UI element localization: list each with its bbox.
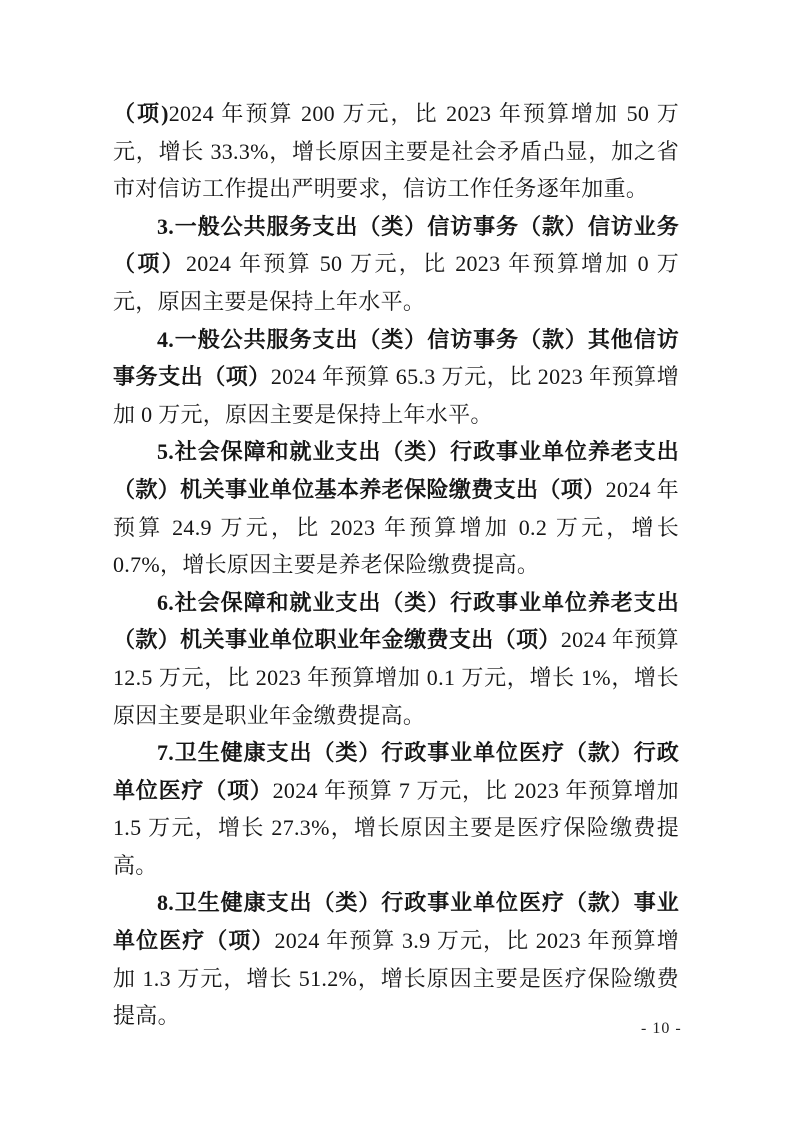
budget-item-8: 8.卫生健康支出（类）行政事业单位医疗（款）事业单位医疗（项）2024 年预算 … [113,884,679,1034]
page-number: - 10 - [641,1020,682,1038]
budget-item-4: 4.一般公共服务支出（类）信访事务（款）其他信访事务支出（项）2024 年预算 … [113,321,679,434]
budget-item-5: 5.社会保障和就业支出（类）行政事业单位养老支出（款）机关事业单位基本养老保险缴… [113,433,679,583]
budget-item-title: （项) [113,101,169,126]
paragraph-continuation: （项)2024 年预算 200 万元，比 2023 年预算增加 50 万元，增长… [113,95,679,208]
budget-item-text: 2024 年预算 200 万元，比 2023 年预算增加 50 万元，增长 33… [113,101,679,201]
page-footer: - 10 - [0,1020,793,1050]
document-body: （项)2024 年预算 200 万元，比 2023 年预算增加 50 万元，增长… [113,95,679,1035]
budget-item-3: 3.一般公共服务支出（类）信访事务（款）信访业务（项）2024 年预算 50 万… [113,208,679,321]
budget-item-6: 6.社会保障和就业支出（类）行政事业单位养老支出（款）机关事业单位职业年金缴费支… [113,584,679,734]
budget-item-text: 2024 年预算 50 万元，比 2023 年预算增加 0 万元，原因主要是保持… [113,251,679,314]
budget-item-title: 5.社会保障和就业支出（类）行政事业单位养老支出（款）机关事业单位基本养老保险缴… [113,439,679,502]
document-page: （项)2024 年预算 200 万元，比 2023 年预算增加 50 万元，增长… [0,0,793,1122]
budget-item-7: 7.卫生健康支出（类）行政事业单位医疗（款）行政单位医疗（项）2024 年预算 … [113,734,679,884]
